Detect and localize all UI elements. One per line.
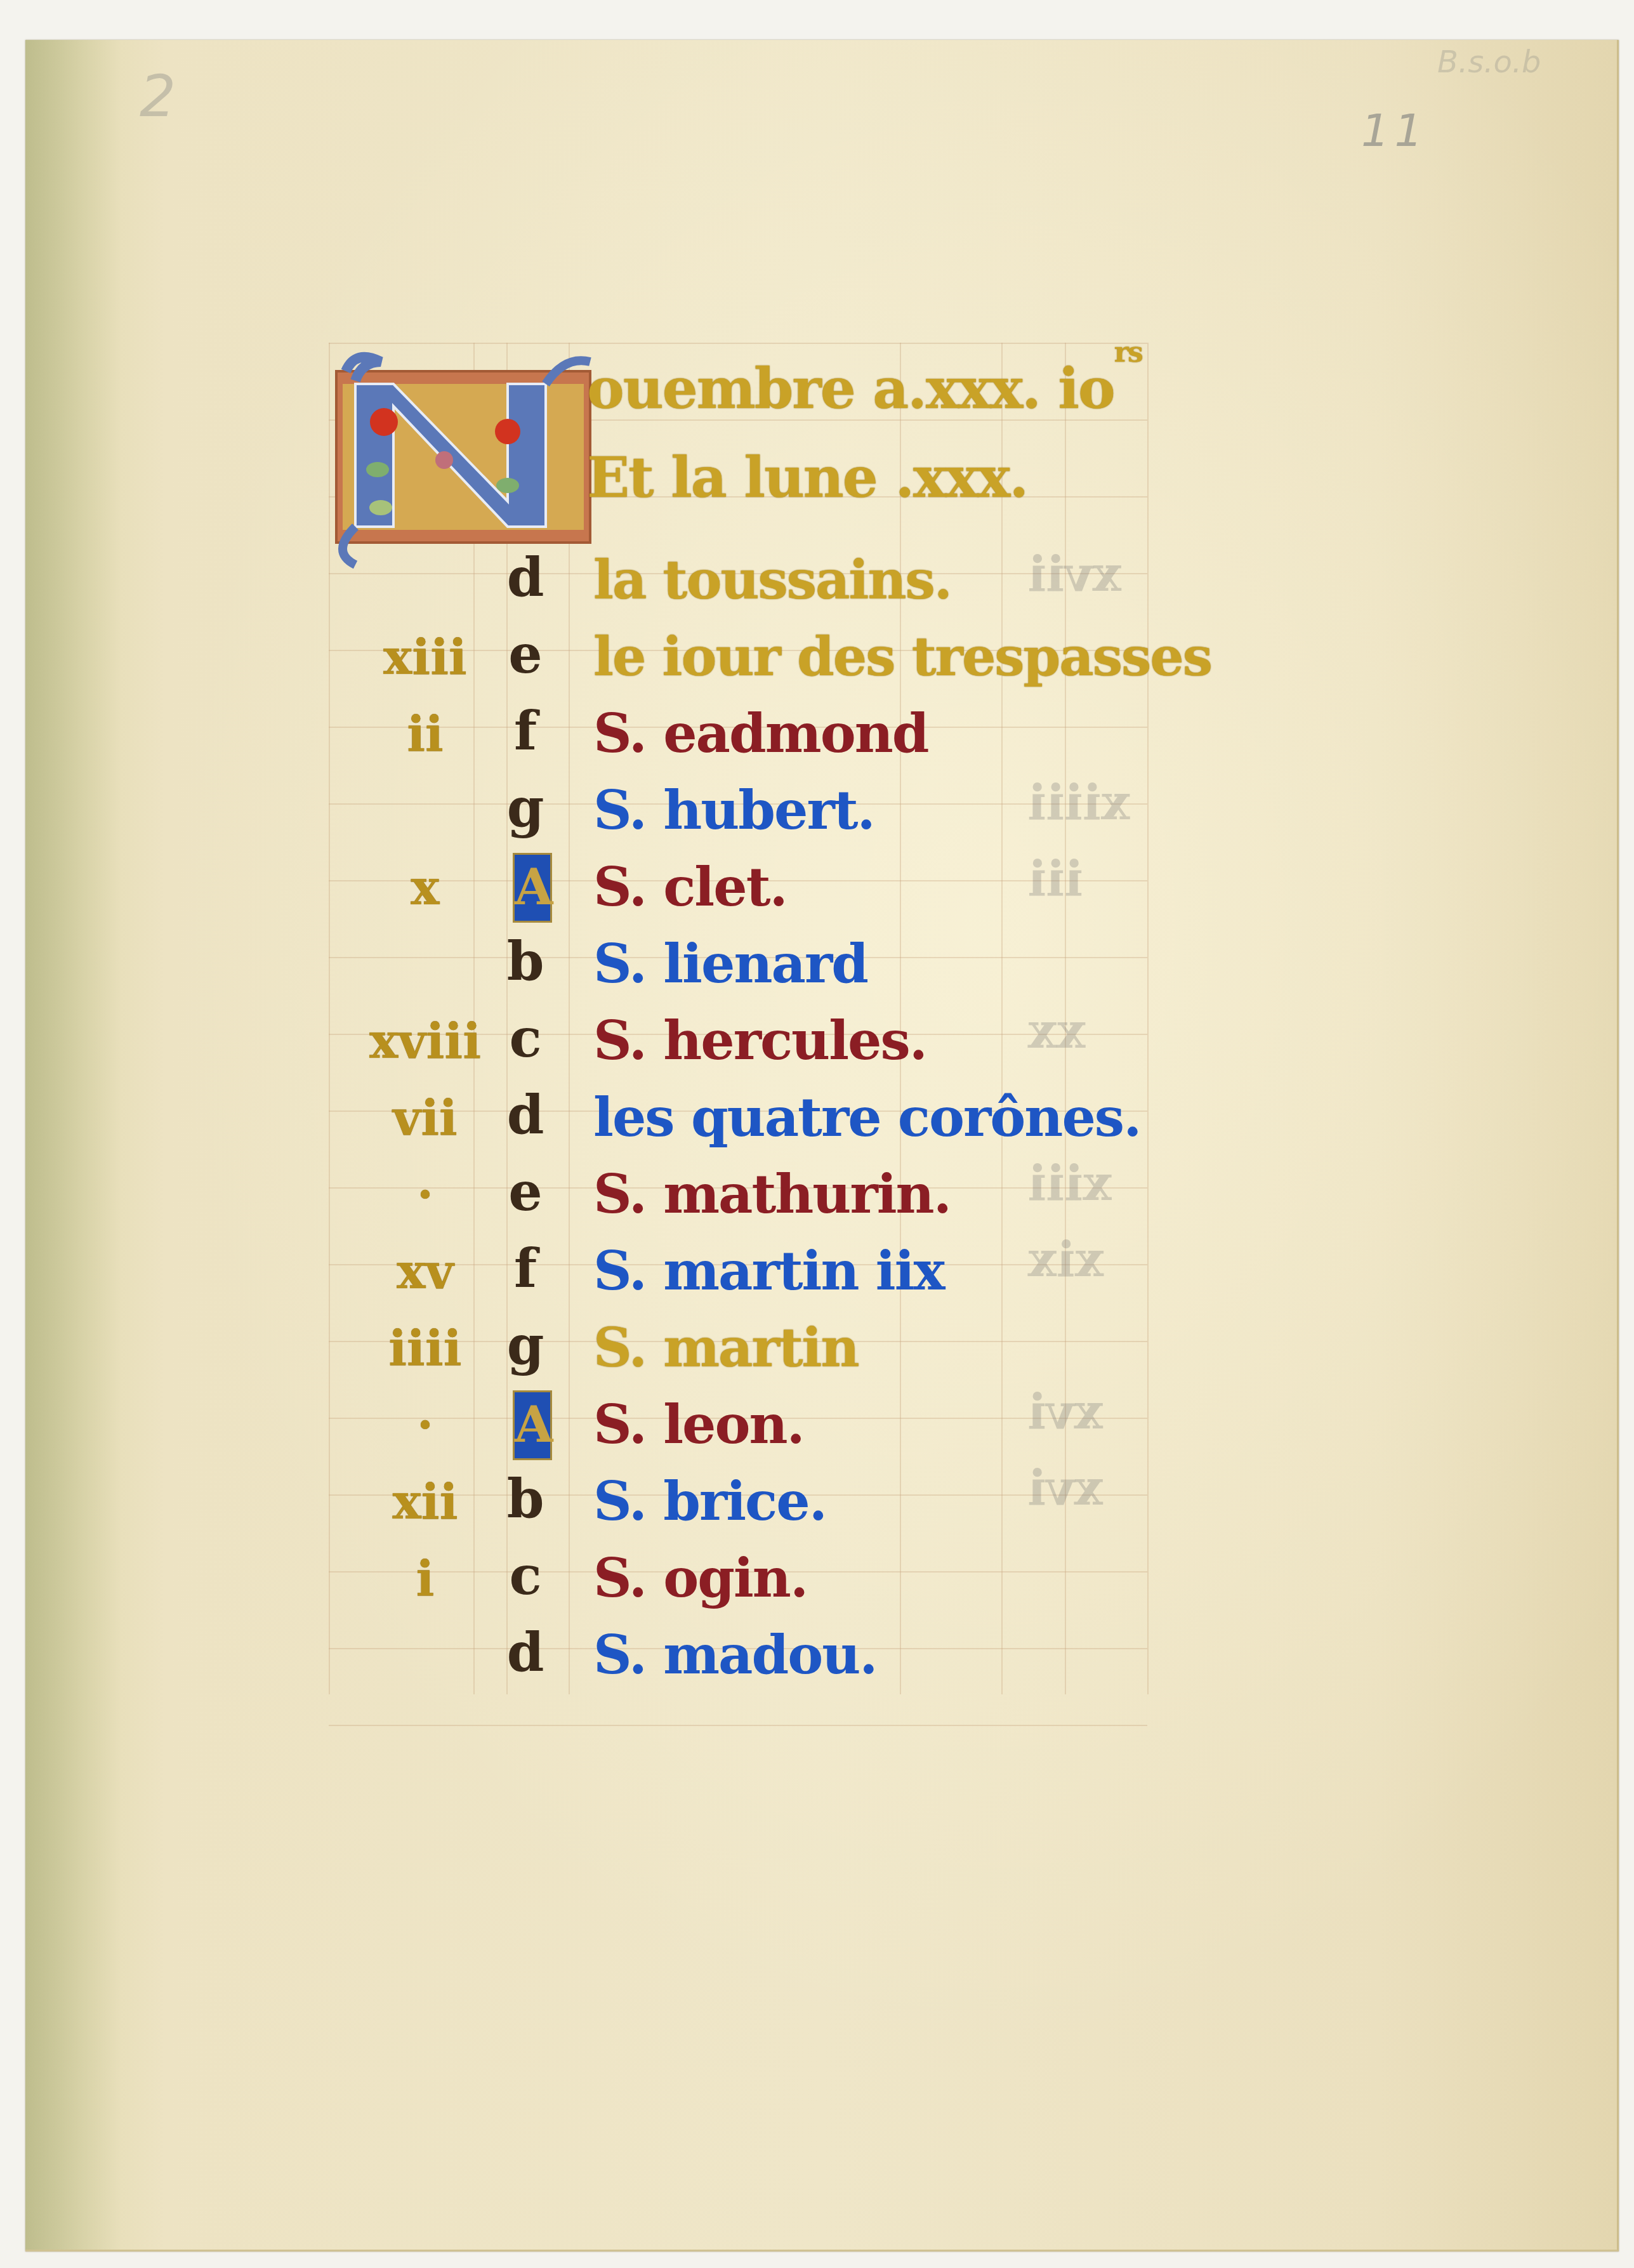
calendar-row: xAS. clet. [343,853,1168,929]
feast-name: S. eadmond [593,702,928,765]
calendar-row: viidles quatre corônes. [343,1083,1168,1159]
dominical-letter: g [506,1314,544,1376]
header-moon-line: Et la lune .xxx. [587,444,1027,510]
feast-name: S. brice. [593,1470,826,1533]
feast-name: S. lienard [593,932,867,995]
dominical-letter: e [506,623,544,685]
illuminated-initial-n [317,336,609,577]
dominical-letter: A [513,853,552,923]
feast-name: S. clet. [593,855,787,918]
feast-name: S. madou. [593,1623,877,1686]
calendar-row: dla toussains. [343,546,1168,622]
dominical-letter: d [506,1621,544,1684]
calendar-row: ·eS. mathurin. [343,1160,1168,1236]
calendar-row: dS. madou. [343,1621,1168,1697]
pencil-mark-top-left: 2 [140,63,176,130]
feast-name: S. hubert. [593,779,874,841]
calendar-row: xvfS. martin iix [343,1237,1168,1313]
header-month-line: ouembre a.xxx. iors [587,355,1142,421]
calendar-row: bS. lienard [343,930,1168,1006]
dominical-letter: A [513,1390,552,1460]
golden-number: i [368,1550,482,1607]
dominical-letter: c [506,1544,544,1607]
feast-name: les quatre corônes. [593,1086,1140,1149]
dominical-letter: f [506,1237,544,1300]
feast-name: la toussains. [593,548,951,611]
golden-number: · [368,1397,482,1453]
golden-number: vii [368,1090,482,1146]
calendar-row: iiiigS. martin [343,1314,1168,1390]
golden-number: iiii [368,1320,482,1376]
pencil-mark-faint: B.s.o.b [1437,44,1541,80]
feast-name: S. martin [593,1316,859,1379]
golden-number: xv [368,1243,482,1300]
dominical-letter: f [506,699,544,762]
pencil-folio-number: 11 [1361,105,1428,157]
golden-number: xii [368,1474,482,1530]
calendar-row: xiibS. brice. [343,1467,1168,1543]
dominical-letter: d [506,1083,544,1146]
calendar-row: xiiiele iour des trespasses [343,623,1168,699]
calendar-row: iifS. eadmond [343,699,1168,775]
feast-name: S. leon. [593,1393,804,1456]
dominical-letter: b [506,930,544,992]
dominical-letter: b [506,1467,544,1530]
calendar-row: xviiicS. hercules. [343,1006,1168,1083]
dominical-letter: c [506,1006,544,1069]
feast-name: S. mathurin. [593,1163,951,1225]
golden-number: xviii [368,1013,482,1069]
golden-number: · [368,1166,482,1223]
ruling-line [329,1725,1147,1726]
water-stain [25,40,121,2250]
initial-n-icon [317,336,609,577]
calendar-row: icS. ogin. [343,1544,1168,1620]
dominical-letter: e [506,1160,544,1223]
feast-name: S. hercules. [593,1009,926,1072]
golden-number: x [368,859,482,916]
calendar-row: ·AS. leon. [343,1390,1168,1467]
feast-name: S. martin iix [593,1239,944,1302]
golden-number: ii [368,706,482,762]
feast-name: le iour des trespasses [593,625,1211,688]
golden-number: xiii [368,629,482,685]
feast-name: S. ogin. [593,1546,807,1609]
dominical-letter: g [506,776,544,839]
dominical-letter: d [506,546,544,609]
calendar-row: gS. hubert. [343,776,1168,852]
